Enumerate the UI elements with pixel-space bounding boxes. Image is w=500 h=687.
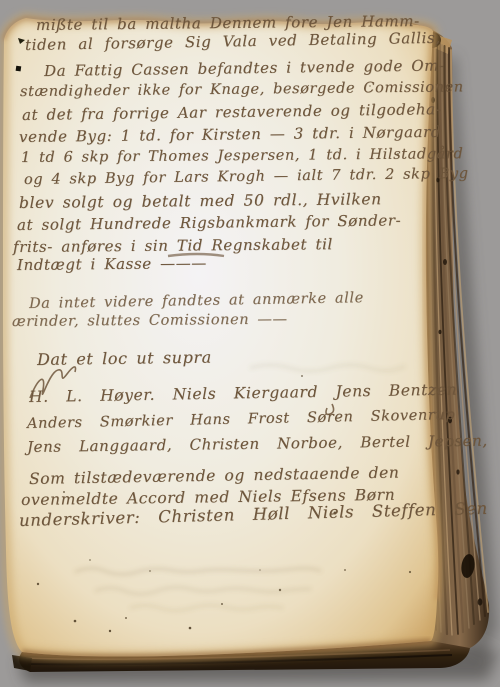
manuscript-photo: mißte til ba maltha Dennem fore Jen Hamm… [0,0,500,687]
book-illustration [0,0,500,687]
page-surface [3,18,438,657]
